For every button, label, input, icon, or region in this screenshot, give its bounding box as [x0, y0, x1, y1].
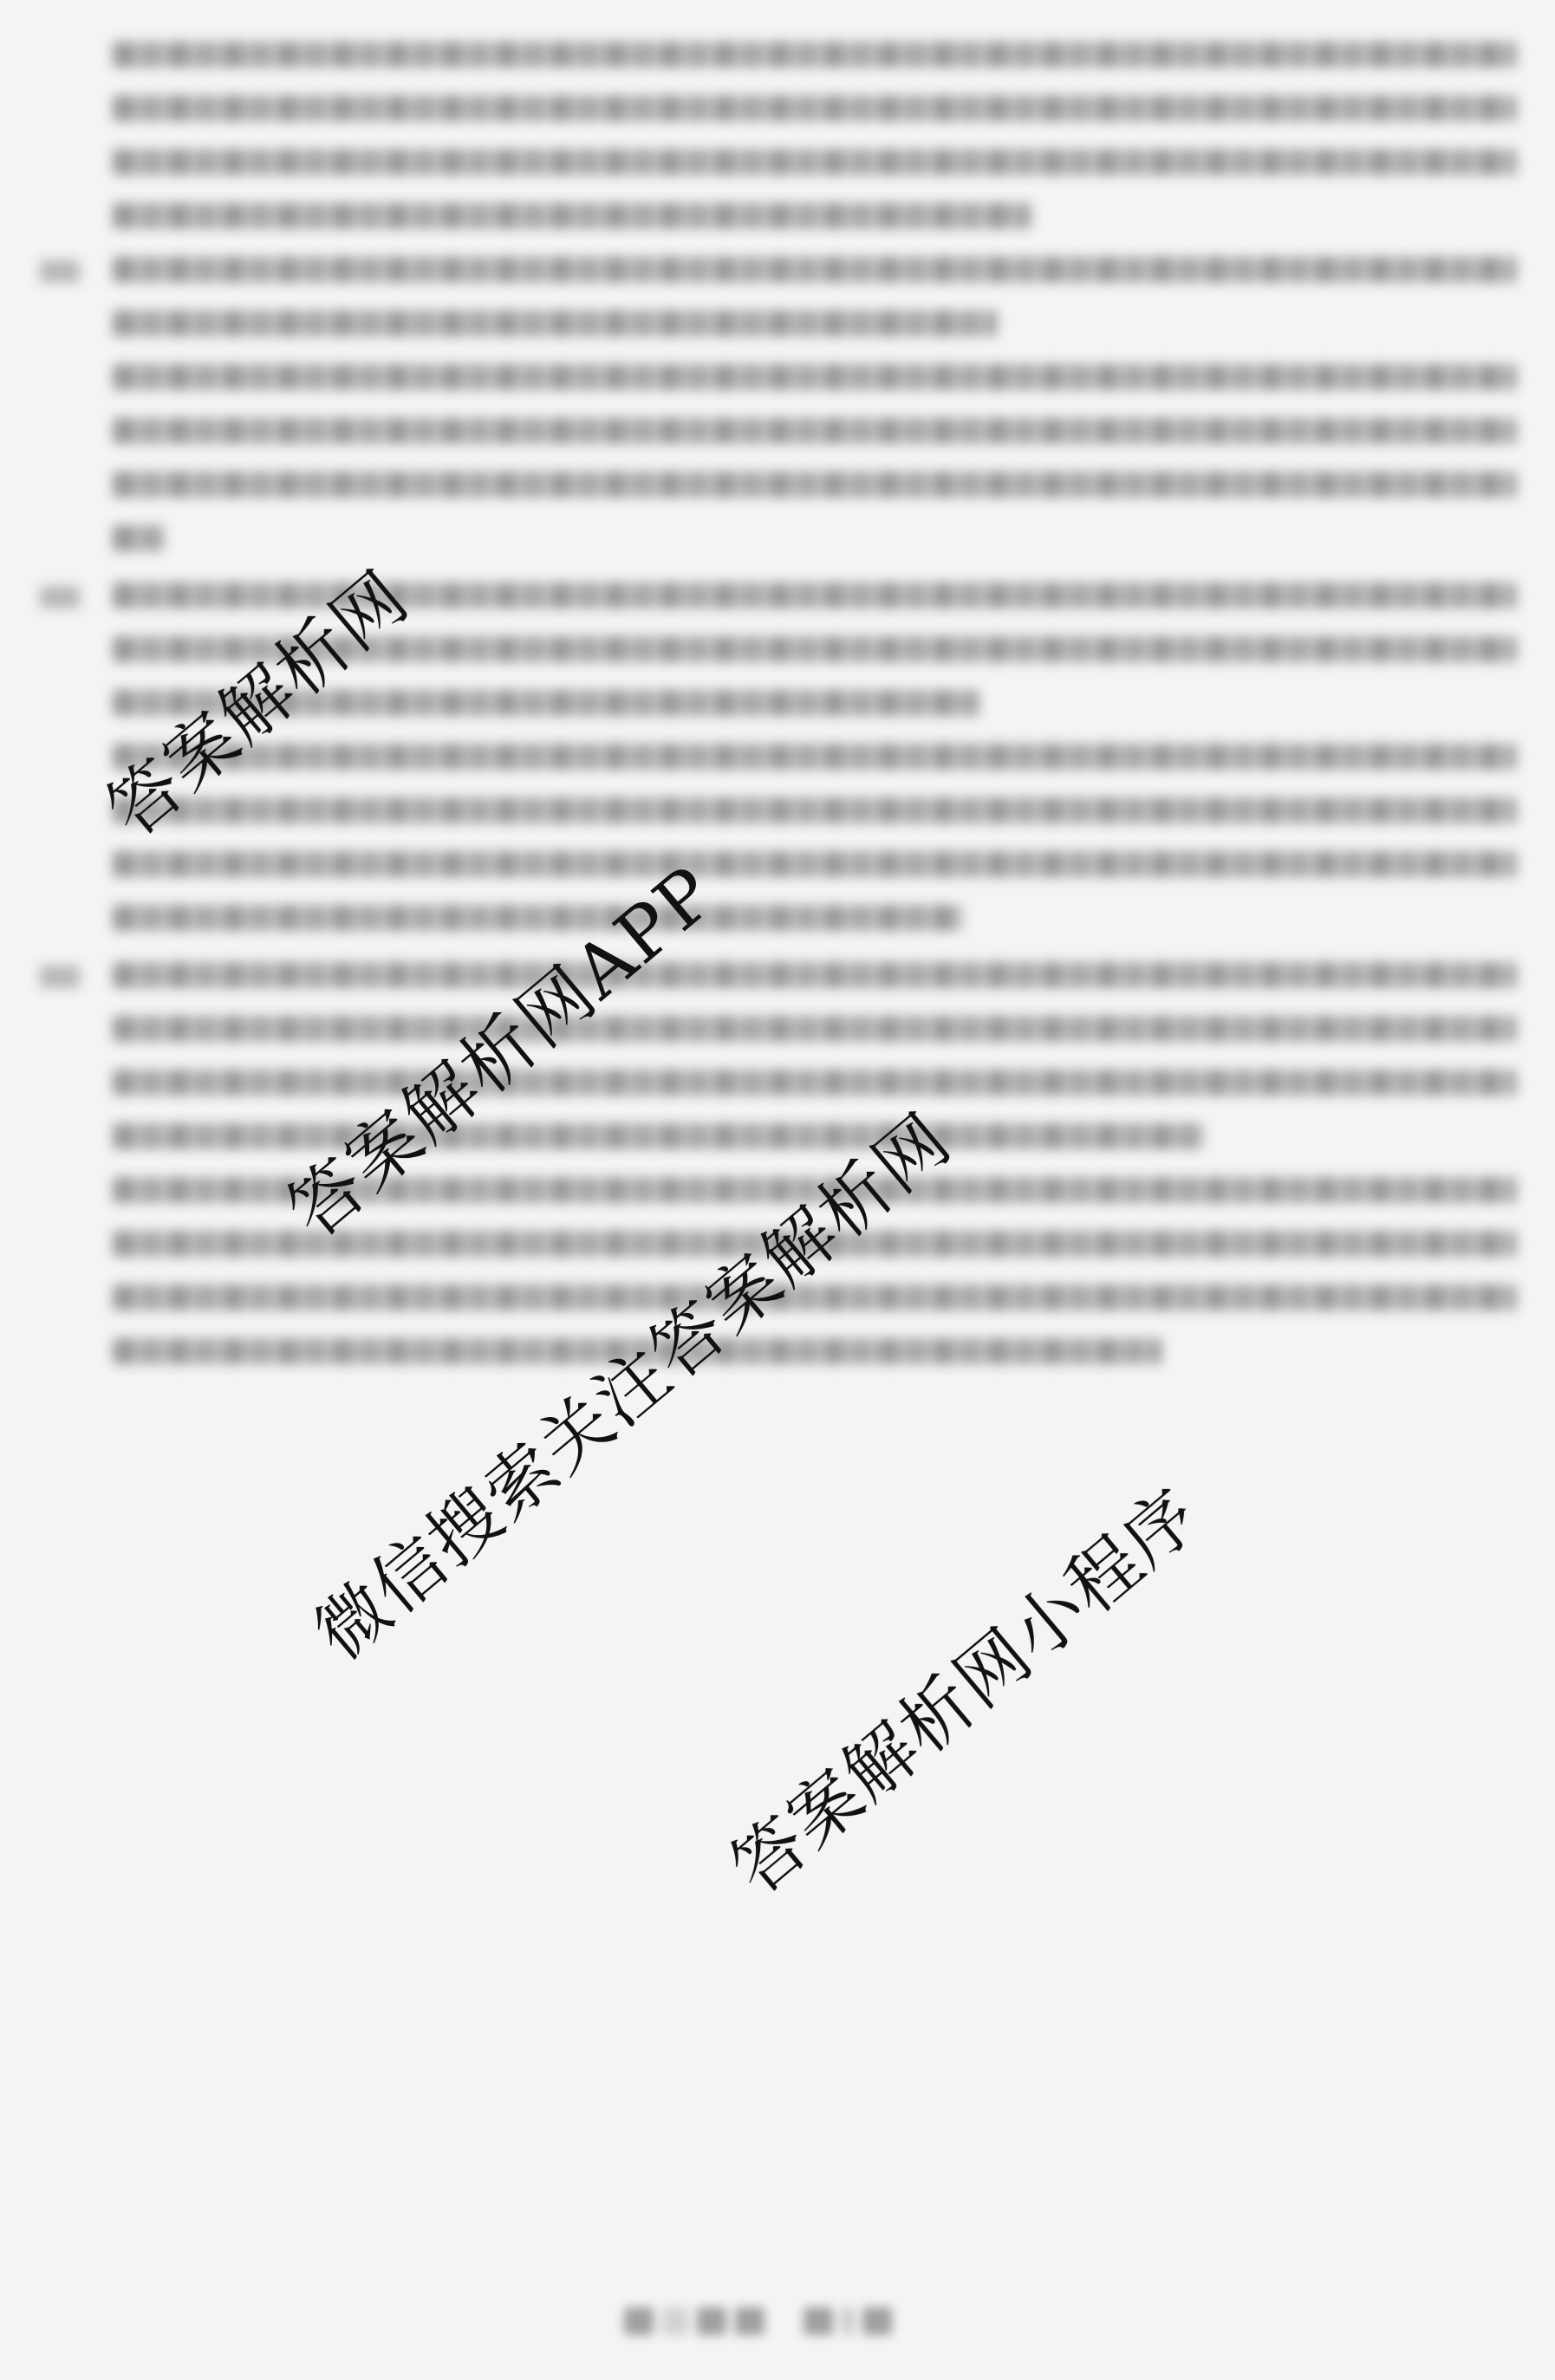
- text-line: [113, 95, 1517, 121]
- document-page: 答案解析网 答案解析网APP 微信搜索关注答案解析网 答案解析网小程序: [0, 0, 1555, 2380]
- text-line: [113, 203, 1031, 229]
- text-line: [113, 471, 1517, 497]
- text-line: [113, 418, 1517, 444]
- text-line: [113, 364, 1517, 390]
- text-line: [113, 42, 1517, 68]
- text-line: [113, 851, 1517, 877]
- question-number: [40, 586, 80, 608]
- text-line: [113, 905, 962, 931]
- text-line: [113, 797, 1517, 823]
- text-line: [113, 257, 1517, 283]
- text-line: [113, 1016, 1517, 1042]
- text-line: [113, 1123, 1205, 1149]
- text-line: [113, 310, 997, 336]
- question-number: [40, 260, 80, 283]
- text-line: [113, 525, 165, 551]
- text-line: [113, 962, 1517, 988]
- text-line: [113, 744, 1517, 770]
- text-line: [113, 149, 1517, 175]
- page-footer: [624, 2307, 936, 2342]
- text-line: [113, 1070, 1517, 1096]
- watermark-text: 答案解析网小程序: [706, 1460, 1218, 1913]
- question-number: [40, 966, 80, 988]
